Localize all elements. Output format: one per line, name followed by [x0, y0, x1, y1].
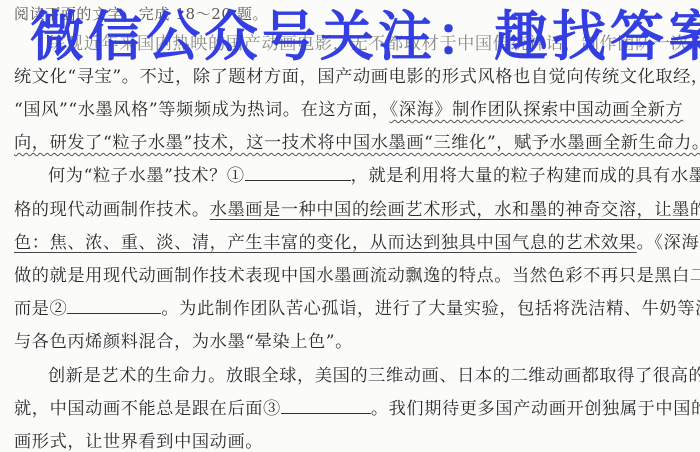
paragraph2-line4: 做的就是用现代动画制作技术表现中国水墨画流动飘逸的特点。当然色彩不再只是黑白二色…	[14, 266, 694, 286]
paragraph2-text: ，就是利用将大量的粒子构建而成的具有水墨风	[351, 166, 700, 186]
paragraph3-line1: 创新是艺术的生命力。放眼全球，美国的三维动画、日本的二维动画都取得了很高的成	[48, 366, 700, 386]
paragraph2-text: 格的现代动画制作技术。	[14, 200, 210, 220]
paragraph2-line1: 何为“粒子水墨”技术？①，就是利用将大量的粒子构建而成的具有水墨风	[48, 166, 700, 186]
wavy-underlined-text: 《深海》制作团队探索中国动画全新方	[390, 100, 684, 120]
paragraph1-line3-text: “国风”“水墨风格”等频频成为热词。在这方面，	[14, 100, 390, 120]
wavy-underlined-text: 向，研发了“粒子水墨”技术，这一技术将中国水墨画“三维化”，赋予水墨画全新生命力…	[14, 133, 700, 153]
question-text: 何为“粒子水墨”技术？①	[48, 166, 245, 186]
paragraph2-line5: 而是②。为此制作团队苦心孤诣，进行了大量实验，包括将洗洁精、牛奶等流体	[14, 299, 694, 319]
watermark-overlay: 微信公众号关注：趣找答案	[30, 0, 700, 71]
blank-1[interactable]	[245, 166, 351, 181]
paragraph3-line2: 就，中国动画不能总是跟在后面③。我们期待更多国产动画开创独属于中国的动	[14, 399, 694, 419]
paragraph2-text: 。为此制作团队苦心孤诣，进行了大量实验，包括将洗洁精、牛奶等流体	[161, 299, 700, 319]
paragraph2-text: 而是②	[14, 299, 67, 319]
paragraph1-line4: 向，研发了“粒子水墨”技术，这一技术将中国水墨画“三维化”，赋予水墨画全新生命力…	[14, 133, 694, 153]
underlined-text: 水墨画是一种中国的绘画艺术形式，水和墨的神奇交溶，让墨的五	[210, 200, 700, 220]
paragraph2-line3: 色：焦、浓、重、淡、清，产生丰富的变化，从而达到独具中国气息的艺术效果。《深海》	[14, 233, 694, 253]
document-page: 阅读下面的文字，完成 18～20 题。 综观近年来国内热映的国产动画电影，无不都…	[0, 0, 700, 452]
blank-3[interactable]	[281, 399, 371, 414]
paragraph2-text: 。《深海》	[637, 233, 700, 253]
paragraph2-line2: 格的现代动画制作技术。水墨画是一种中国的绘画艺术形式，水和墨的神奇交溶，让墨的五	[14, 200, 694, 220]
paragraph3-text: 。我们期待更多国产动画开创独属于中国的动	[371, 399, 700, 419]
paragraph1-line3: “国风”“水墨风格”等频频成为热词。在这方面，《深海》制作团队探索中国动画全新方	[14, 100, 694, 120]
paragraph3-text: 就，中国动画不能总是跟在后面③	[14, 399, 281, 419]
underlined-text: 色：焦、浓、重、淡、清，产生丰富的变化，从而达到独具中国气息的艺术效果	[14, 233, 637, 253]
blank-2[interactable]	[67, 299, 161, 314]
paragraph2-line6: 与各色丙烯颜料混合，为水墨“晕染上色”。	[14, 332, 694, 352]
paragraph3-line3: 画形式，让世界看到中国动画。	[14, 432, 694, 452]
